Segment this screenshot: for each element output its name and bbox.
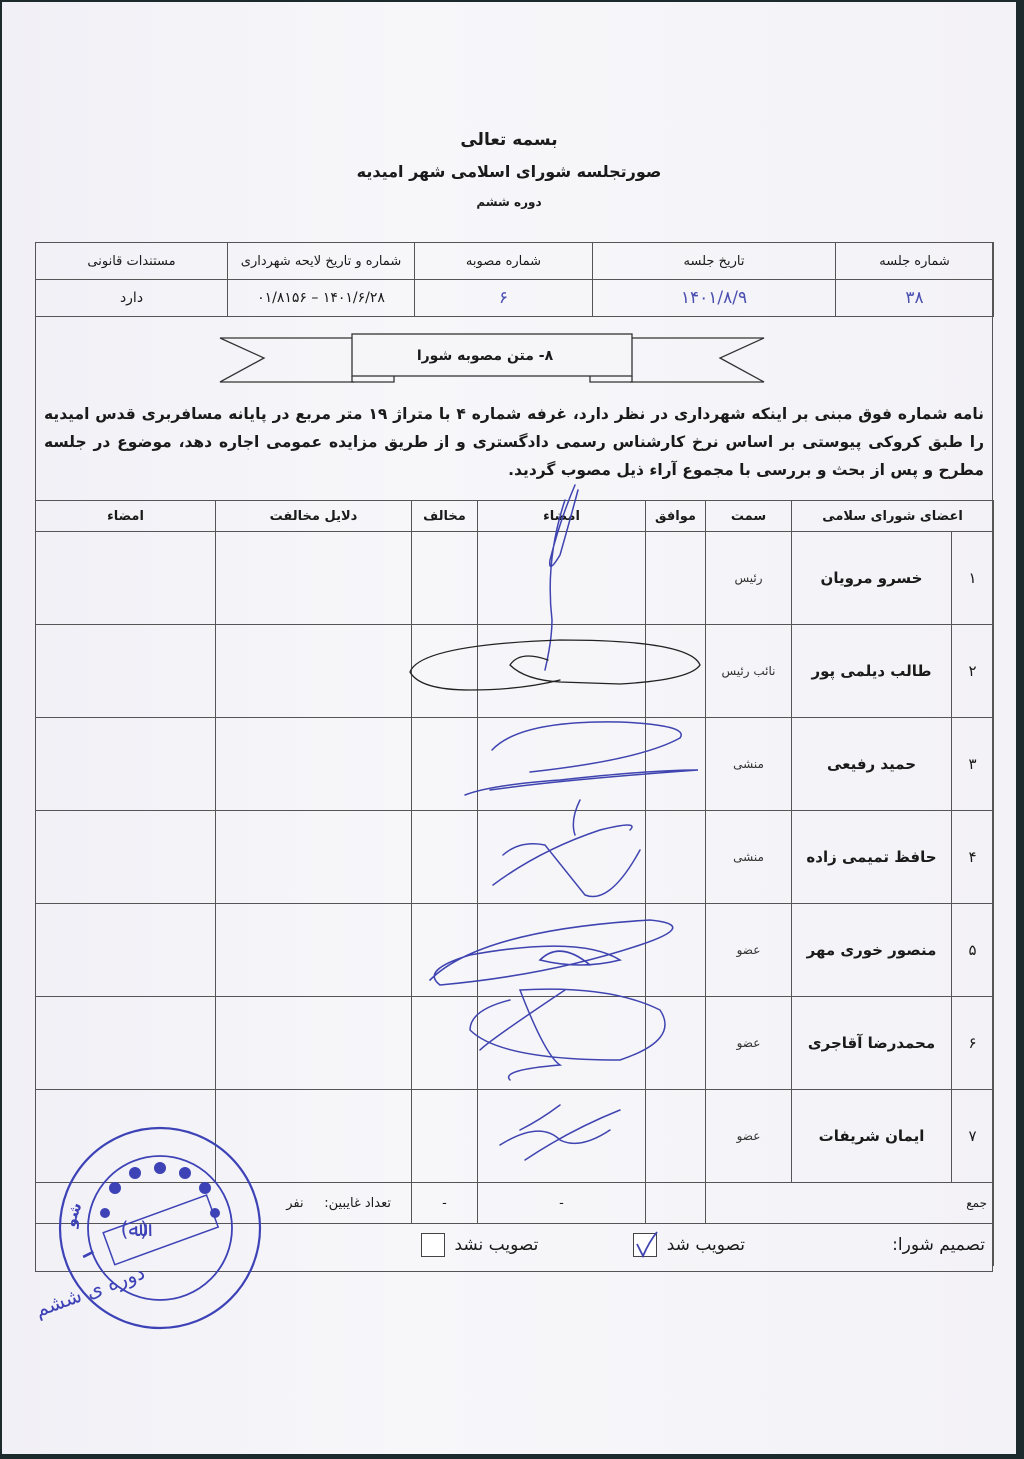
disagree-cell xyxy=(412,904,478,997)
reasons-cell xyxy=(216,904,412,997)
member-role: رئیس xyxy=(706,532,792,625)
header-legal-documents: مستندات قانونی xyxy=(36,243,228,280)
member-row: ۶ محمدرضا آقاجری عضو xyxy=(36,997,994,1090)
header-disagree: مخالف xyxy=(412,501,478,532)
reasons-cell xyxy=(216,625,412,718)
member-number: ۷ xyxy=(952,1090,994,1183)
member-row: ۷ ایمان شریفات عضو xyxy=(36,1090,994,1183)
header-invocation: بسمه تعالی xyxy=(2,130,1016,150)
signature2-cell xyxy=(36,718,216,811)
disagree-cell xyxy=(412,811,478,904)
reasons-cell xyxy=(216,811,412,904)
totals-disagree: - xyxy=(412,1183,478,1224)
header-disagree-reasons: دلایل مخالفت xyxy=(216,501,412,532)
totals-agree xyxy=(646,1183,706,1224)
member-row: ۵ منصور خوری مهر عضو xyxy=(36,904,994,997)
member-row: ۴ حافظ تمیمی زاده منشی xyxy=(36,811,994,904)
header-resolution-number: شماره مصوبه xyxy=(415,243,593,280)
member-role: منشی xyxy=(706,811,792,904)
absent-label: تعداد غایبین: xyxy=(324,1196,391,1211)
signature-cell xyxy=(478,904,646,997)
agree-cell xyxy=(646,811,706,904)
agree-cell xyxy=(646,1090,706,1183)
approved-label: تصویب شد xyxy=(667,1235,745,1255)
approved-checkbox[interactable] xyxy=(633,1233,657,1257)
totals-row: جمع - - تعداد غایبین: نفر xyxy=(36,1183,994,1224)
meeting-info-table: شماره جلسه تاریخ جلسه شماره مصوبه شماره … xyxy=(35,242,994,317)
member-role: عضو xyxy=(706,904,792,997)
reasons-cell xyxy=(216,997,412,1090)
document-page: بسمه تعالی صورتجلسه شورای اسلامی شهر امی… xyxy=(2,2,1016,1454)
disagree-cell xyxy=(412,625,478,718)
absent-unit: نفر xyxy=(286,1196,303,1211)
member-name: حمید رفیعی xyxy=(792,718,952,811)
header-role: سمت xyxy=(706,501,792,532)
header-members: اعضای شورای سلامی xyxy=(792,501,994,532)
reasons-cell xyxy=(216,718,412,811)
meeting-number: ۳۸ xyxy=(836,280,994,317)
header-agree: موافق xyxy=(646,501,706,532)
council-term: دوره ششم xyxy=(2,195,1016,209)
document-title: صورتجلسه شورای اسلامی شهر امیدیه xyxy=(2,162,1016,181)
signature-cell xyxy=(478,718,646,811)
member-name: طالب دیلمی پور xyxy=(792,625,952,718)
signature-cell xyxy=(478,811,646,904)
member-name: حافظ تمیمی زاده xyxy=(792,811,952,904)
agree-cell xyxy=(646,997,706,1090)
header-signature-2: امضاء xyxy=(36,501,216,532)
meeting-date: ۱۴۰۱/۸/۹ xyxy=(593,280,836,317)
checkmark-icon xyxy=(633,1230,659,1258)
rejected-label: تصویب نشد xyxy=(454,1235,538,1255)
totals-label: جمع xyxy=(706,1183,994,1224)
member-row: ۳ حمید رفیعی منشی xyxy=(36,718,994,811)
disagree-cell xyxy=(412,997,478,1090)
member-number: ۵ xyxy=(952,904,994,997)
header-bill-number-date: شماره و تاریخ لایحه شهرداری xyxy=(228,243,415,280)
member-number: ۴ xyxy=(952,811,994,904)
absent-count: تعداد غایبین: نفر xyxy=(36,1183,412,1224)
signature-cell xyxy=(478,625,646,718)
signature2-cell xyxy=(36,997,216,1090)
decision-row: تصمیم شورا: تصویب شد تصویب نشد xyxy=(36,1224,994,1267)
reasons-cell xyxy=(216,532,412,625)
header-meeting-date: تاریخ جلسه xyxy=(593,243,836,280)
member-row: ۱ خسرو مرویان رئیس xyxy=(36,532,994,625)
signature-cell xyxy=(478,1090,646,1183)
disagree-cell xyxy=(412,532,478,625)
agree-cell xyxy=(646,904,706,997)
signature-cell xyxy=(478,997,646,1090)
agree-cell xyxy=(646,625,706,718)
disagree-cell xyxy=(412,1090,478,1183)
signature2-cell xyxy=(36,1090,216,1183)
member-name: ایمان شریفات xyxy=(792,1090,952,1183)
signature2-cell xyxy=(36,811,216,904)
section-title: ۸- متن مصوبه شورا xyxy=(352,338,618,374)
signature2-cell xyxy=(36,532,216,625)
member-number: ۳ xyxy=(952,718,994,811)
approved-option[interactable]: تصویب شد xyxy=(633,1233,745,1257)
resolution-number: ۶ xyxy=(415,280,593,317)
signature2-cell xyxy=(36,904,216,997)
totals-signature: - xyxy=(478,1183,646,1224)
agree-cell xyxy=(646,718,706,811)
signature-cell xyxy=(478,532,646,625)
member-role: عضو xyxy=(706,1090,792,1183)
rejected-checkbox[interactable] xyxy=(421,1233,445,1257)
disagree-cell xyxy=(412,718,478,811)
resolution-text: نامه شماره فوق مبنی بر اینکه شهرداری در … xyxy=(44,400,984,484)
agree-cell xyxy=(646,532,706,625)
member-number: ۶ xyxy=(952,997,994,1090)
member-row: ۲ طالب دیلمی پور نائب رئیس xyxy=(36,625,994,718)
reasons-cell xyxy=(216,1090,412,1183)
header-meeting-number: شماره جلسه xyxy=(836,243,994,280)
bill-number-date: ۱۴۰۱/۶/۲۸ – ۰۱/۸۱۵۶ xyxy=(228,280,415,317)
rejected-option[interactable]: تصویب نشد xyxy=(421,1233,538,1257)
member-number: ۱ xyxy=(952,532,994,625)
legal-documents: دارد xyxy=(36,280,228,317)
member-role: منشی xyxy=(706,718,792,811)
header-signature: امضاء xyxy=(478,501,646,532)
member-role: عضو xyxy=(706,997,792,1090)
member-role: نائب رئیس xyxy=(706,625,792,718)
votes-table: اعضای شورای سلامی سمت موافق امضاء مخالف … xyxy=(35,500,994,1266)
signature2-cell xyxy=(36,625,216,718)
decision-label: تصمیم شورا: xyxy=(835,1235,993,1255)
member-number: ۲ xyxy=(952,625,994,718)
member-name: محمدرضا آقاجری xyxy=(792,997,952,1090)
member-name: منصور خوری مهر xyxy=(792,904,952,997)
member-name: خسرو مرویان xyxy=(792,532,952,625)
